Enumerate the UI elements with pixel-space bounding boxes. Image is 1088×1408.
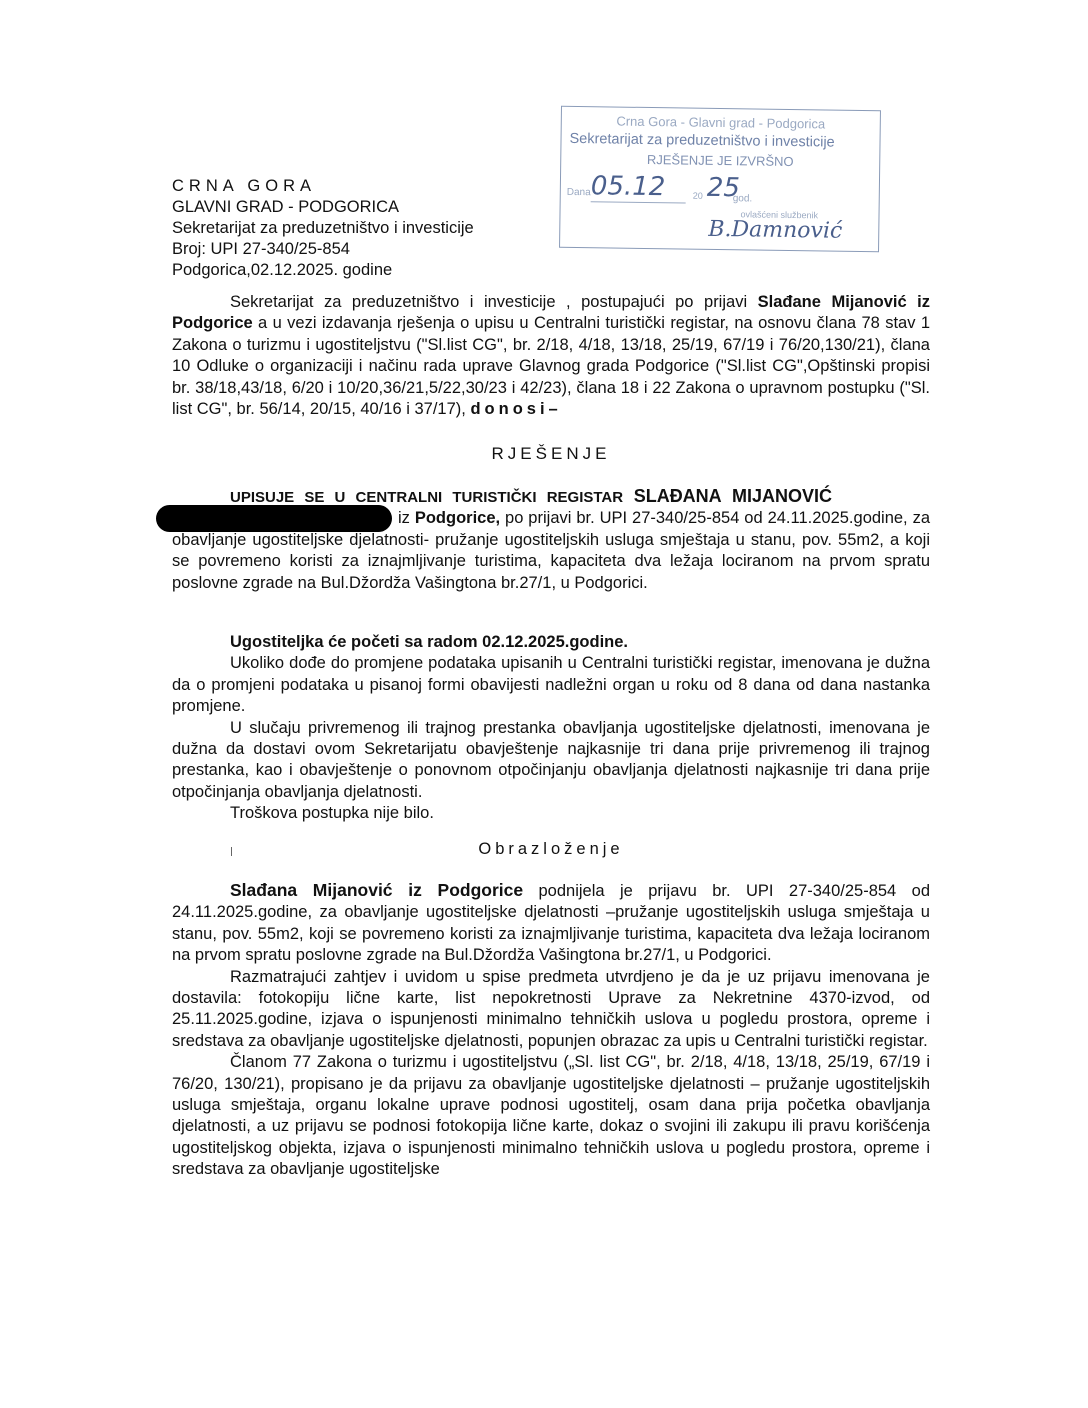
official-stamp: Crna Gora - Glavni grad - Podgorica Sekr… (559, 106, 881, 252)
letterhead: CRNA GORA GLAVNI GRAD - PODGORICA Sekret… (172, 176, 474, 281)
place-date: Podgorica,02.12.2025. godine (172, 260, 474, 281)
city-name: GLAVNI GRAD - PODGORICA (172, 197, 474, 218)
reference-number: Broj: UPI 27-340/25-854 (172, 239, 474, 260)
section-title-rjesenje: RJEŠENJE (172, 443, 930, 464)
intro-text-1: Sekretarijat za preduzetništvo i investi… (230, 293, 758, 311)
signature: B.Damnović (708, 217, 842, 244)
department-name: Sekretarijat za preduzetništvo i investi… (172, 218, 474, 239)
reasoning-section: Slađana Mijanović iz Podgorice podnijela… (172, 880, 930, 1181)
reasoning-paragraph-3: Članom 77 Zakona o turizmu i ugostiteljs… (172, 1052, 930, 1180)
change-clause: Ukoliko dođe do promjene podataka upisan… (172, 653, 930, 717)
stamp-line-3: RJEŠENJE JE IZVRŠNO (561, 151, 879, 170)
stamp-line-2: Sekretarijat za preduzetništvo i investi… (569, 131, 834, 151)
stamp-handwritten-date: 05.12 (591, 171, 686, 203)
stamp-dana-label: Dana (567, 187, 591, 198)
reasoning-applicant: Slađana Mijanović iz Podgorice (230, 880, 523, 900)
operative-clauses: Ugostiteljka će početi sa radom 02.12.20… (172, 632, 930, 825)
intro-paragraph: Sekretarijat za preduzetništvo i investi… (172, 292, 930, 420)
decision-paragraph: UPISUJE SE U CENTRALNI TURISTIČKI REGIST… (172, 486, 930, 594)
donosi-word: donosi– (470, 400, 561, 418)
stamp-year-prefix: 20 (693, 191, 703, 201)
start-date-clause: Ugostiteljka će početi sa radom 02.12.20… (230, 633, 628, 651)
section-title-obrazlozenje: Obrazloženje (172, 839, 930, 860)
decision-city: Podgorice, (415, 509, 500, 527)
country-name: CRNA GORA (172, 176, 474, 197)
decision-heading: UPISUJE SE U CENTRALNI TURISTIČKI REGIST… (230, 489, 623, 506)
decision-text-1: iz (398, 509, 415, 527)
stamp-line-1: Crna Gora - Glavni grad - Podgorica (562, 113, 880, 132)
decision-name: SLAĐANA MIJANOVIĆ (634, 486, 832, 506)
document-page: CRNA GORA GLAVNI GRAD - PODGORICA Sekret… (0, 0, 1088, 1408)
cessation-clause: U slučaju privremenog ili trajnog presta… (172, 718, 930, 804)
reasoning-paragraph-2: Razmatrajući zahtjev i uvidom u spise pr… (172, 967, 930, 1053)
costs-clause: Troškova postupka nije bilo. (172, 803, 930, 824)
stamp-god-label: god. (733, 193, 753, 204)
redaction-bar (156, 505, 392, 532)
